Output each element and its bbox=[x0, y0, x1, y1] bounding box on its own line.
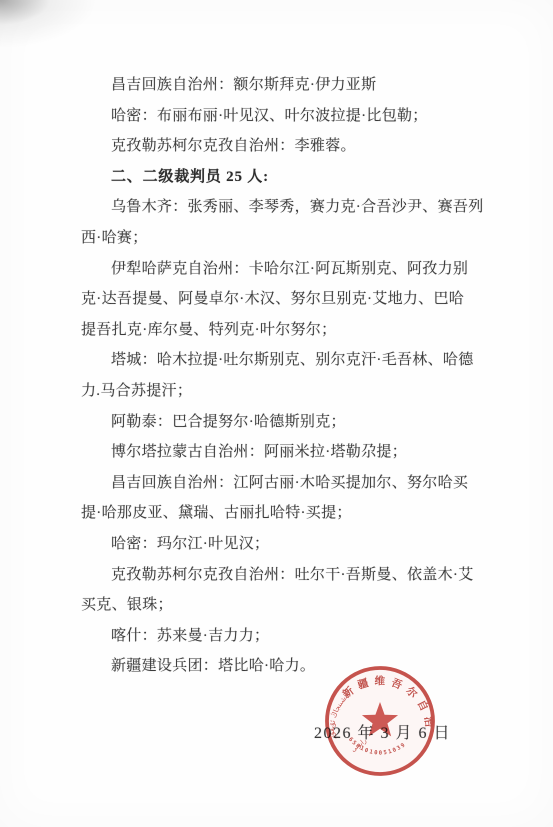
text-line: 买克、银珠； bbox=[81, 590, 521, 621]
text-line: 乌鲁木齐：张秀丽、李琴秀，赛力克·合吾沙尹、赛吾列 bbox=[81, 192, 521, 223]
text-line: 哈密：玛尔江·叶见汉； bbox=[81, 529, 521, 560]
text-line: 克·达吾提曼、阿曼卓尔·木汉、努尔旦别克·艾地力、巴哈 bbox=[81, 284, 521, 315]
text-line: 新疆建设兵团：塔比哈·哈力。 bbox=[81, 651, 521, 682]
text-line: 喀什：苏来曼·吉力力； bbox=[81, 621, 521, 652]
text-line: 克孜勒苏柯尔克孜自治州：李雅蓉。 bbox=[81, 131, 521, 162]
text-line: 伊犁哈萨克自治州：卡哈尔江·阿瓦斯别克、阿孜力别 bbox=[81, 254, 521, 285]
text-line: 阿勒泰：巴合提努尔·哈德斯别克； bbox=[81, 407, 521, 438]
scan-smudge bbox=[0, 0, 110, 55]
text-line: 昌吉回族自治州：额尔斯拜克·伊力亚斯 bbox=[81, 70, 521, 101]
text-line: 博尔塔拉蒙古自治州：阿丽米拉·塔勒尕提； bbox=[81, 437, 521, 468]
text-line: 力.马合苏提汗； bbox=[81, 376, 521, 407]
text-line: 哈密：布丽布丽·叶见汉、叶尔波拉提·比包勒； bbox=[81, 101, 521, 132]
section-heading: 二、二级裁判员 25 人: bbox=[81, 162, 521, 193]
document-page: 昌吉回族自治州：额尔斯拜克·伊力亚斯 哈密：布丽布丽·叶见汉、叶尔波拉提·比包勒… bbox=[0, 0, 553, 827]
text-line: 克孜勒苏柯尔克孜自治州：吐尔干·吾斯曼、依盖木·艾 bbox=[81, 560, 521, 591]
text-line: 西·哈赛； bbox=[81, 223, 521, 254]
date-text: 2026 年 3 月 6 日 bbox=[314, 720, 451, 743]
text-line: 提·哈那皮亚、黛瑞、古丽扎哈特·买提； bbox=[81, 498, 521, 529]
document-body: 昌吉回族自治州：额尔斯拜克·伊力亚斯 哈密：布丽布丽·叶见汉、叶尔波拉提·比包勒… bbox=[81, 70, 521, 682]
text-line: 昌吉回族自治州：江阿古丽·木哈买提加尔、努尔哈买 bbox=[81, 468, 521, 499]
text-line: 提吾扎克·库尔曼、特列克·叶尔努尔； bbox=[81, 315, 521, 346]
text-line: 塔城：哈木拉提·吐尔斯别克、别尔克汗·毛吾林、哈德 bbox=[81, 345, 521, 376]
